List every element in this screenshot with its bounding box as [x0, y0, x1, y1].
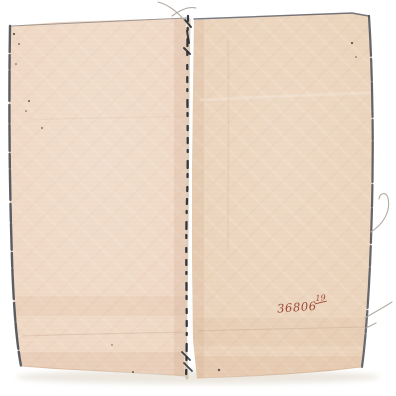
bottom-right-thread-small — [366, 323, 376, 328]
right-fabric-panel — [192, 13, 376, 380]
right-edge-thread — [371, 194, 389, 232]
inscription-number: 36806 — [277, 299, 317, 316]
right-panel-shading — [192, 14, 376, 380]
bottom-right-thread — [365, 302, 392, 318]
textile-artifact-photo: 36806 19 — [0, 0, 396, 396]
photo-background: 36806 19 — [0, 0, 396, 396]
left-fabric-panel — [9, 18, 189, 378]
left-panel-shading — [9, 18, 189, 378]
